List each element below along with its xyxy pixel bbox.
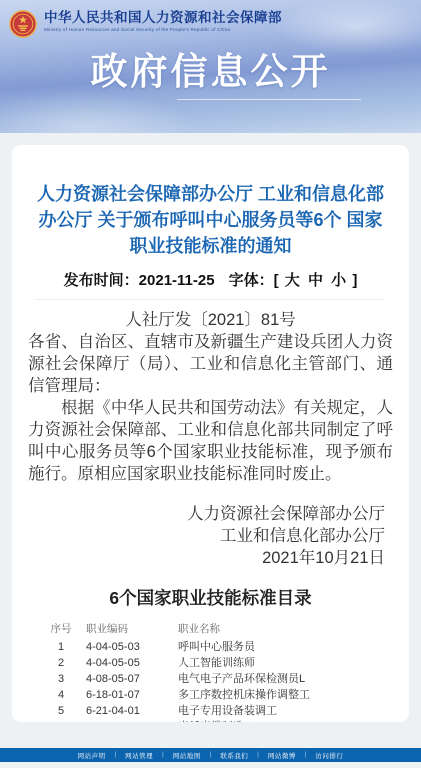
footer-separator: | bbox=[162, 752, 164, 758]
cell-index: 5 bbox=[36, 703, 86, 719]
national-emblem-icon bbox=[9, 10, 37, 38]
font-size-medium-button[interactable]: 中 bbox=[306, 272, 325, 289]
cell-name: 多工序数控机床操作调整工 bbox=[178, 687, 310, 703]
cell-code: 6-24-03-02 bbox=[86, 719, 178, 722]
cell-code: 4-04-05-05 bbox=[86, 655, 178, 671]
site-footer: 网站声明 | 网站管理 | 网站地图 | 联系我们 | 网站微博 | 访问排行 bbox=[0, 748, 421, 762]
table-row: 5 6-21-04-01 电子专用设备装调工 bbox=[36, 703, 310, 719]
cell-code: 4-04-05-03 bbox=[86, 639, 178, 655]
signature-org-1: 人力资源社会保障部办公厅 bbox=[26, 503, 385, 525]
font-bracket-open: [ bbox=[274, 272, 279, 289]
table-row: 4 6-18-01-07 多工序数控机床操作调整工 bbox=[36, 687, 310, 703]
footer-link-weibo[interactable]: 网站微博 bbox=[268, 751, 296, 760]
footer-link-management[interactable]: 网站管理 bbox=[125, 751, 153, 760]
addressee-paragraph: 各省、自治区、直辖市及新疆生产建设兵团人力资源社会保障厅（局）、工业和信息化主管… bbox=[28, 331, 393, 397]
footer-link-ranking[interactable]: 访问排行 bbox=[315, 751, 343, 760]
ministry-masthead: 中华人民共和国人力资源和社会保障部 Ministry of Human Reso… bbox=[0, 0, 421, 38]
cell-code: 6-18-01-07 bbox=[86, 687, 178, 703]
footer-link-contact[interactable]: 联系我们 bbox=[220, 751, 248, 760]
footer-nav-bar: 网站声明 | 网站管理 | 网站地图 | 联系我们 | 网站微博 | 访问排行 bbox=[0, 748, 421, 762]
cell-index: 3 bbox=[36, 671, 86, 687]
article-card: 人力资源社会保障部办公厅 工业和信息化部办公厅 关于颁布呼叫中心服务员等6个 国… bbox=[12, 145, 409, 722]
font-size-label: 字体： bbox=[229, 272, 274, 289]
col-header-name: 职业名称 bbox=[178, 622, 310, 639]
cell-code: 6-21-04-01 bbox=[86, 703, 178, 719]
signature-org-2: 工业和信息化部办公厅 bbox=[26, 525, 385, 547]
cell-name: 呼叫中心服务员 bbox=[178, 639, 310, 655]
footer-separator: | bbox=[210, 752, 212, 758]
footer-separator: | bbox=[115, 752, 117, 758]
cell-index: 6 bbox=[36, 719, 86, 722]
page-title: 政府信息公开 bbox=[0, 51, 421, 93]
footer-link-statement[interactable]: 网站声明 bbox=[78, 751, 106, 760]
body-paragraph: 根据《中华人民共和国劳动法》有关规定，人力资源社会保障部、工业和信息化部共同制定… bbox=[28, 397, 393, 485]
page: 中华人民共和国人力资源和社会保障部 Ministry of Human Reso… bbox=[0, 0, 421, 768]
standards-table-title: 6个国家职业技能标准目录 bbox=[26, 585, 395, 610]
standards-table: 序号 职业编码 职业名称 1 4-04-05-03 呼叫中心服务员 2 4-04… bbox=[36, 622, 310, 722]
col-header-index: 序号 bbox=[36, 622, 86, 639]
footer-link-sitemap[interactable]: 网站地图 bbox=[173, 751, 201, 760]
ministry-name-en: Ministry of Human Resources and Social S… bbox=[44, 27, 282, 32]
signature-date: 2021年10月21日 bbox=[26, 547, 385, 569]
ministry-title-block: 中华人民共和国人力资源和社会保障部 Ministry of Human Reso… bbox=[44, 9, 282, 32]
cell-index: 1 bbox=[36, 639, 86, 655]
cell-name: 电子专用设备装调工 bbox=[178, 703, 310, 719]
signature-block: 人力资源社会保障部办公厅 工业和信息化部办公厅 2021年10月21日 bbox=[26, 503, 395, 569]
font-size-small-button[interactable]: 小 bbox=[329, 272, 348, 289]
table-row: 1 4-04-05-03 呼叫中心服务员 bbox=[36, 639, 310, 655]
table-row: 6 6-24-03-02 光纤光缆制造工 bbox=[36, 719, 310, 722]
table-header-row: 序号 职业编码 职业名称 bbox=[36, 622, 310, 639]
document-number: 人社厅发〔2021〕81号 bbox=[26, 309, 395, 331]
cell-index: 4 bbox=[36, 687, 86, 703]
publish-meta: 发布时间：2021-11-25字体：[ 大 中 小 ] bbox=[26, 271, 395, 291]
col-header-code: 职业编码 bbox=[86, 622, 178, 639]
banner-underline bbox=[177, 99, 361, 100]
publish-date: 2021-11-25 bbox=[139, 272, 215, 289]
document-title: 人力资源社会保障部办公厅 工业和信息化部办公厅 关于颁布呼叫中心服务员等6个 国… bbox=[30, 181, 391, 259]
cell-name: 人工智能训练师 bbox=[178, 655, 310, 671]
cell-code: 4-08-05-07 bbox=[86, 671, 178, 687]
footer-separator: | bbox=[257, 752, 259, 758]
cell-name: 电气电子产品环保检测员L bbox=[178, 671, 310, 687]
ministry-name: 中华人民共和国人力资源和社会保障部 bbox=[44, 9, 282, 26]
table-row: 3 4-08-05-07 电气电子产品环保检测员L bbox=[36, 671, 310, 687]
font-bracket-close: ] bbox=[352, 272, 357, 289]
main-content: 人力资源社会保障部办公厅 工业和信息化部办公厅 关于颁布呼叫中心服务员等6个 国… bbox=[0, 133, 421, 722]
footer-separator: | bbox=[305, 752, 307, 758]
table-row: 2 4-04-05-05 人工智能训练师 bbox=[36, 655, 310, 671]
publish-date-label: 发布时间： bbox=[64, 272, 139, 289]
cell-name: 光纤光缆制造工 bbox=[178, 719, 310, 722]
font-size-large-button[interactable]: 大 bbox=[283, 272, 302, 289]
meta-divider bbox=[36, 299, 385, 300]
site-header: 中华人民共和国人力资源和社会保障部 Ministry of Human Reso… bbox=[0, 0, 421, 133]
cell-index: 2 bbox=[36, 655, 86, 671]
